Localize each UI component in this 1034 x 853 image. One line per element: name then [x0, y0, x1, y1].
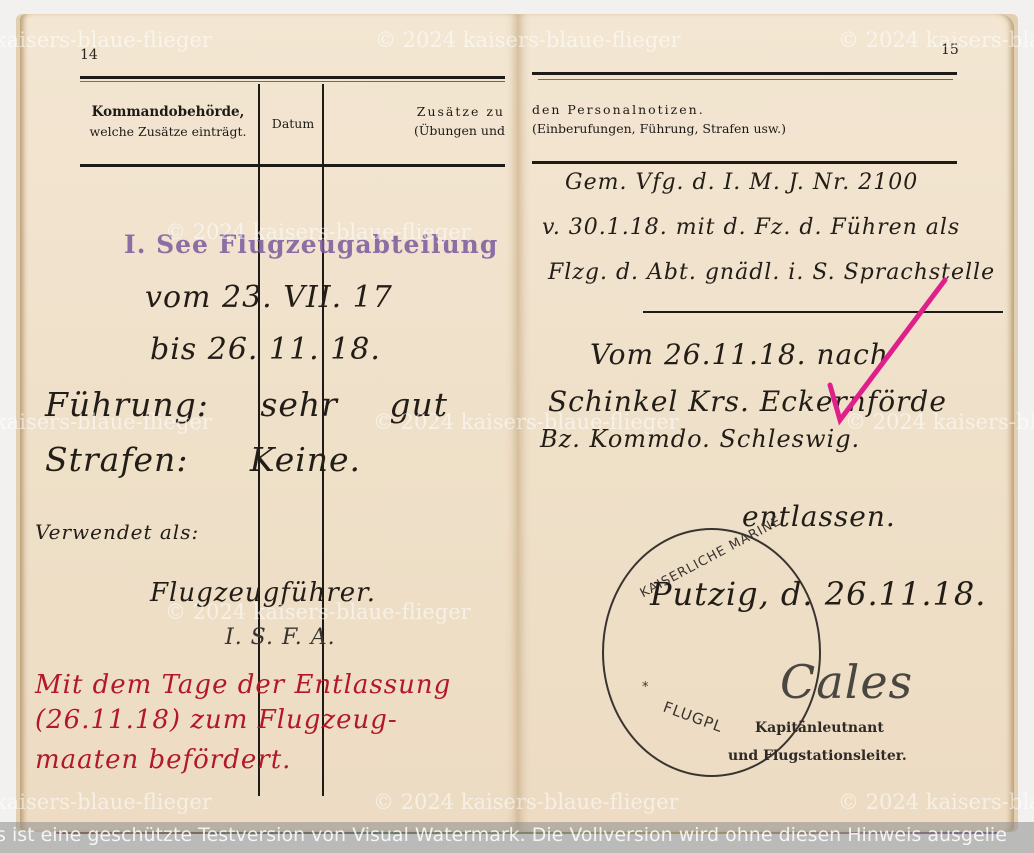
entry-unit-abbrev: I. S. F. A.: [225, 625, 336, 650]
entry-used-as-value: Flugzeugführer.: [150, 578, 376, 608]
right-header: den Personalnotizen. (Einberufungen, Füh…: [532, 100, 786, 138]
column-header-zusaetze: Zusätze zu (Übungen und: [330, 102, 505, 140]
office-stamp-line-1: Kapitänleutnant: [755, 720, 884, 736]
header-bottom-rule-right: [532, 161, 957, 164]
col1-title: Kommandobehörde,: [92, 104, 245, 120]
header-top-thin-rule-right: [538, 79, 953, 80]
right-header-line-2: (Einberufungen, Führung, Strafen usw.): [532, 121, 786, 136]
entry-conduct: Führung: sehr gut: [45, 385, 448, 424]
right-header-line-1: den Personalnotizen.: [532, 102, 705, 117]
trial-watermark-banner: s ist eine geschützte Testversion von Vi…: [0, 822, 1034, 853]
page-number-right: 15: [941, 42, 959, 58]
red-note-line-2: (26.11.18) zum Flugzeug-: [35, 705, 398, 735]
office-stamp-line-2: und Flugstationsleiter.: [728, 748, 907, 764]
unit-stamp: I. See Flugzeugabteilung: [124, 230, 498, 259]
entry-used-as-label: Verwendet als:: [35, 520, 199, 544]
seal-bottom-text: FLUGPL: [661, 698, 726, 736]
column-divider-1: [258, 166, 260, 796]
trial-watermark-text: s ist eine geschützte Testversion von Vi…: [0, 824, 1007, 846]
seal-star-icon: *: [642, 680, 650, 695]
red-note-line-3: maaten befördert.: [35, 745, 291, 775]
header-top-rule-left: [80, 76, 505, 79]
navy-seal-stamp: KAISERLICHE MARINE FLUGPL *: [602, 528, 821, 777]
page-number-left: 14: [80, 47, 98, 63]
header-divider-2: [322, 84, 324, 164]
column-header-kommandobehoerde: Kommandobehörde, welche Zusätze einträgt…: [80, 102, 256, 141]
header-top-rule-right: [532, 72, 957, 75]
check-mark-icon: [810, 270, 960, 430]
place-and-date: Putzig, d. 26.11.18.: [650, 575, 986, 613]
header-top-thin-rule-left: [80, 81, 505, 82]
col3-subtitle: (Übungen und: [414, 123, 505, 138]
header-divider-1: [258, 84, 260, 164]
entry-penalties: Strafen: Keine.: [45, 440, 361, 479]
column-header-datum: Datum: [262, 114, 324, 133]
signature: Cales: [780, 655, 913, 709]
col1-subtitle: welche Zusätze einträgt.: [90, 124, 247, 139]
red-note-line-1: Mit dem Tage der Entlassung: [35, 670, 451, 700]
entry-from-date: vom 23. VII. 17: [145, 280, 393, 315]
column-divider-2: [322, 166, 324, 796]
header-bottom-rule-left: [80, 164, 505, 167]
entry-order-line-1: Gem. Vfg. d. I. M. J. Nr. 2100: [565, 170, 918, 195]
entry-to-date: bis 26. 11. 18.: [150, 332, 381, 367]
entry-order-line-2: v. 30.1.18. mit d. Fz. d. Führen als: [542, 215, 960, 240]
col3-title: Zusätze zu: [417, 104, 505, 119]
